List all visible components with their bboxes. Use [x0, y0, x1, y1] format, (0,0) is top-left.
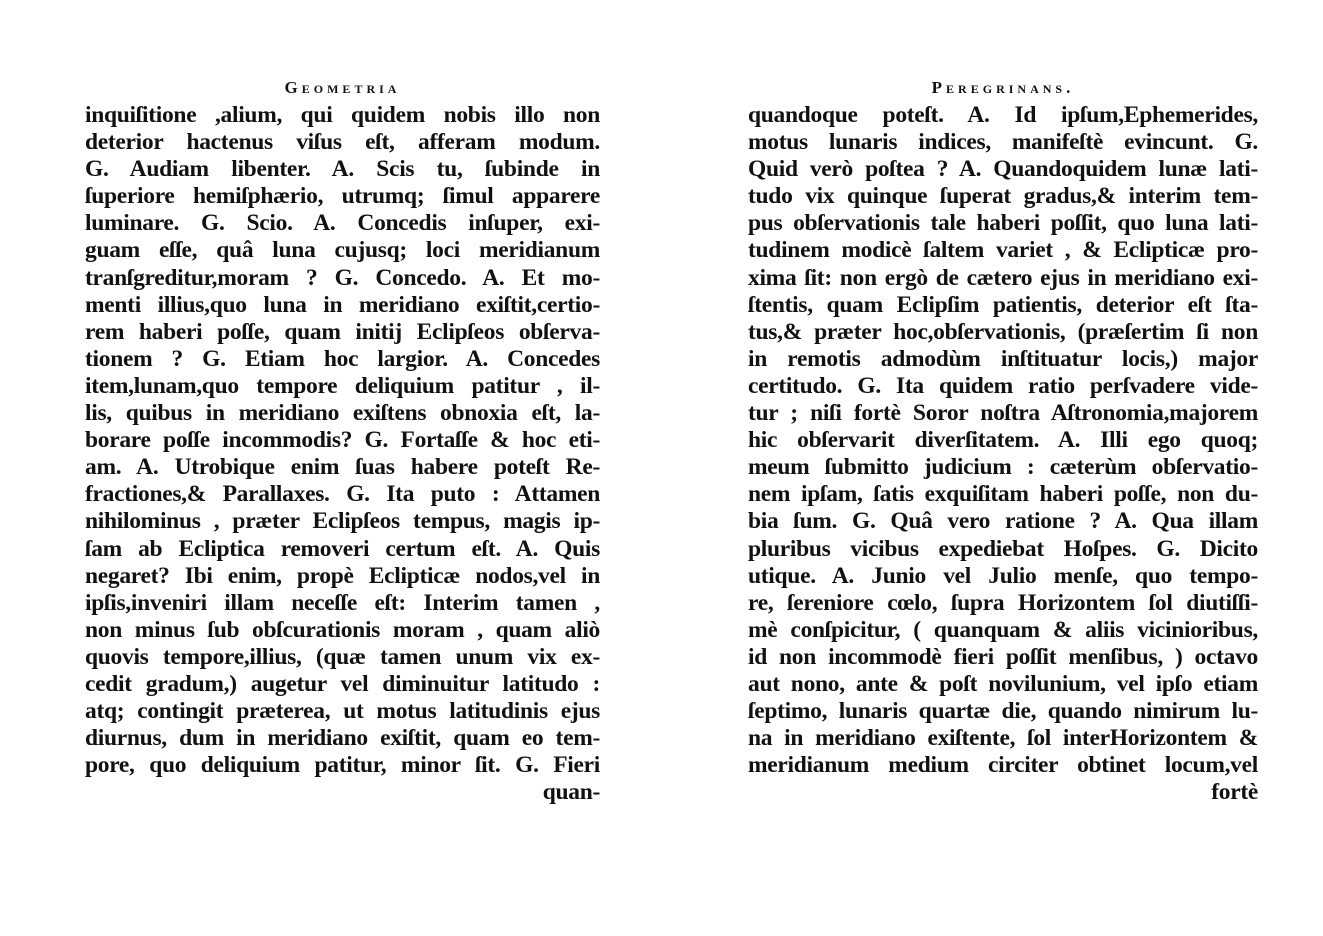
text-line: Quid verò poſtea ? A. Quandoquidem lunæ …: [748, 156, 1258, 183]
text-line: negaret? Ibi enim, propè Eclipticæ nodos…: [85, 563, 600, 590]
running-head-right: Peregrinans.: [748, 78, 1258, 98]
text-line: cedit gradum,) augetur vel diminuitur la…: [85, 671, 600, 698]
text-line: am. A. Utrobique enim ſuas habere poteſt…: [85, 454, 600, 481]
text-line: ſam ab Ecliptica removeri certum eſt. A.…: [85, 536, 600, 563]
text-line: ſuperiore hemiſphærio, utrumq; ſimul app…: [85, 183, 600, 210]
text-line: nem ipſam, ſatis exquiſitam haberi poſſe…: [748, 481, 1258, 508]
text-line: tranſgreditur,moram ? G. Concedo. A. Et …: [85, 265, 600, 292]
text-line: na in meridiano exiſtente, ſol interHori…: [748, 725, 1258, 752]
text-line: tudo vix quinque ſuperat gradus,& interi…: [748, 183, 1258, 210]
text-line: hic obſervarit diverſitatem. A. Illi ego…: [748, 427, 1258, 454]
text-line: fractiones,& Parallaxes. G. Ita puto : A…: [85, 481, 600, 508]
text-line: tudinem modicè ſaltem variet , & Eclipti…: [748, 237, 1258, 264]
catchword: quan-: [85, 779, 600, 806]
running-head-left: Geometria: [85, 78, 600, 98]
text-line: non minus ſub obſcurationis moram , quam…: [85, 617, 600, 644]
text-line: quandoque poteſt. A. Id ipſum,Ephemeride…: [748, 102, 1258, 129]
text-line: ſeptimo, lunaris quartæ die, quando nimi…: [748, 698, 1258, 725]
left-text-block: inquiſitione ,alium, qui quidem nobis il…: [85, 102, 600, 806]
right-text-block: quandoque poteſt. A. Id ipſum,Ephemeride…: [748, 102, 1258, 806]
text-line: meridianum medium circiter obtinet locum…: [748, 752, 1258, 779]
text-line: inquiſitione ,alium, qui quidem nobis il…: [85, 102, 600, 129]
text-line: mè conſpicitur, ( quanquam & aliis vicin…: [748, 617, 1258, 644]
text-line: menti illius,quo luna in meridiano exiſt…: [85, 292, 600, 319]
text-line: guam eſſe, quâ luna cujusq; loci meridia…: [85, 237, 600, 264]
text-line: nihilominus , præter Eclipſeos tempus, m…: [85, 508, 600, 535]
text-line: meum ſubmitto judicium : cæterùm obſerva…: [748, 454, 1258, 481]
text-line: quovis tempore,illius, (quæ tamen unum v…: [85, 644, 600, 671]
text-line: borare poſſe incommodis? G. Fortaſſe & h…: [85, 427, 600, 454]
text-line: tus,& præter hoc,obſervationis, (præſert…: [748, 319, 1258, 346]
text-line: tur ; niſi fortè Soror noſtra Aſtronomia…: [748, 400, 1258, 427]
text-line: xima ſit: non ergò de cætero ejus in mer…: [748, 265, 1258, 292]
text-line: ipſis,inveniri illam neceſſe eſt: Interi…: [85, 590, 600, 617]
text-line: tionem ? G. Etiam hoc largior. A. Conced…: [85, 346, 600, 373]
text-line: re, ſereniore cœlo, ſupra Horizontem ſol…: [748, 590, 1258, 617]
text-line: bia ſum. G. Quâ vero ratione ? A. Qua il…: [748, 508, 1258, 535]
text-line: atq; contingit præterea, ut motus latitu…: [85, 698, 600, 725]
text-line: lis, quibus in meridiano exiſtens obnoxi…: [85, 400, 600, 427]
text-line: pus obſervationis tale haberi poſſit, qu…: [748, 210, 1258, 237]
text-line: in remotis admodùm inſtituatur locis,) m…: [748, 346, 1258, 373]
text-line: G. Audiam libenter. A. Scis tu, ſubinde …: [85, 156, 600, 183]
text-line: diurnus, dum in meridiano exiſtit, quam …: [85, 725, 600, 752]
text-line: aut nono, ante & poſt novilunium, vel ip…: [748, 671, 1258, 698]
text-line: item,lunam,quo tempore deliquium patitur…: [85, 373, 600, 400]
text-line: pluribus vicibus expediebat Hoſpes. G. D…: [748, 536, 1258, 563]
text-line: deterior hactenus viſus eſt, afferam mod…: [85, 129, 600, 156]
text-line: ſtentis, quam Eclipſim patientis, deteri…: [748, 292, 1258, 319]
text-line: rem haberi poſſe, quam initij Eclipſeos …: [85, 319, 600, 346]
text-line: motus lunaris indices, manifeſtè evincun…: [748, 129, 1258, 156]
text-line: pore, quo deliquium patitur, minor ſit. …: [85, 752, 600, 779]
text-line: certitudo. G. Ita quidem ratio perſvader…: [748, 373, 1258, 400]
catchword: fortè: [748, 779, 1258, 806]
text-line: id non incommodè fieri poſſit menſibus, …: [748, 644, 1258, 671]
text-line: utique. A. Junio vel Julio menſe, quo te…: [748, 563, 1258, 590]
text-line: luminare. G. Scio. A. Concedis inſuper, …: [85, 210, 600, 237]
